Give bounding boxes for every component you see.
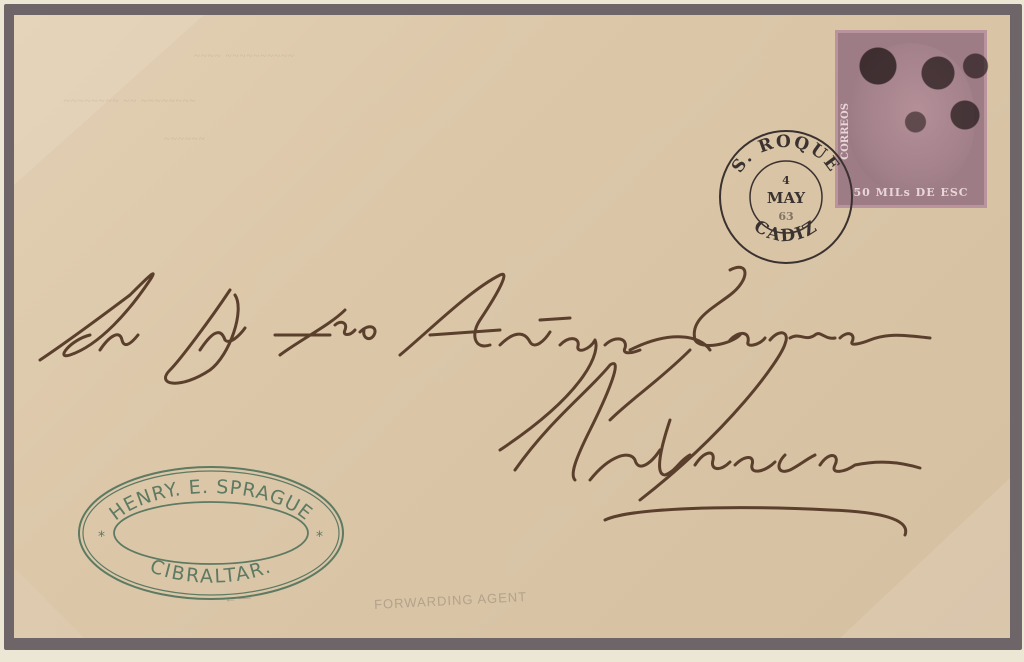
svg-text:MAY: MAY bbox=[767, 189, 805, 207]
svg-text:S. ROQUE: S. ROQUE bbox=[728, 132, 844, 177]
handwriting-strokes bbox=[30, 250, 950, 580]
faint-show-through-text: ~~~~ ~~~~~~~~~~ bbox=[194, 50, 295, 62]
faint-show-through-text: ~~~~~~~~ ~~ ~~~~~~~~ bbox=[64, 95, 197, 107]
pencil-note: FORWARDING AGENT bbox=[374, 589, 528, 612]
faint-show-through-text: ~~~~~~ bbox=[164, 133, 206, 145]
svg-text:63: 63 bbox=[778, 210, 793, 223]
handwritten-address: Sor. Dn. Fco Antiga Esquier Valencia bbox=[30, 250, 950, 580]
svg-text:4: 4 bbox=[782, 174, 790, 187]
numeral-obliterator-cancel bbox=[848, 38, 998, 178]
stamp-value-text: 50 MILs DE ESC bbox=[844, 186, 978, 199]
circular-datestamp-icon: S. ROQUE CADIZ 4 MAY 63 bbox=[716, 127, 856, 267]
